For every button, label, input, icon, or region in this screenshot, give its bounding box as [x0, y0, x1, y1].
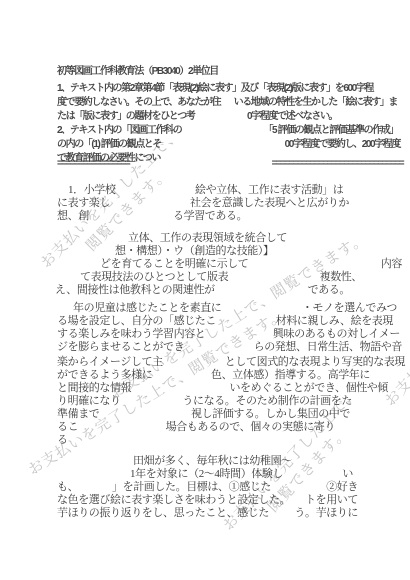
divider-line: =============================== — [272, 158, 403, 169]
body-text-fragment: 芋ほりの振り返りをし、思ったこと、感じた — [57, 504, 269, 520]
header-text-fragment: 0字程度で述べなさい。 — [247, 107, 337, 122]
body-text-fragment: る — [57, 431, 68, 447]
header-text-fragment: 初等図画工作科教育法（PB3040）2単位目 — [57, 62, 218, 77]
header-text-fragment: 「5 評価の観点と評価基準の作成」 — [263, 121, 398, 136]
body-text-fragment: え、間接性は他教科との関連性が — [55, 281, 215, 297]
header-text-fragment: いる地域の特性を生かした「絵に表す」ま — [234, 93, 397, 108]
body-text-fragment: 想、創 — [57, 207, 89, 223]
header-text-fragment: 度で要約しなさい。その上で、あなたが住 — [57, 93, 220, 108]
body-text-fragment: ジを膨らませることができ — [57, 338, 184, 354]
header-text-fragment: 00字程度で要約し、200字程度 — [285, 135, 400, 150]
header-text-fragment: の内の「(1) 評価の観点とそ — [57, 135, 161, 150]
body-text-fragment: う。芋ほりに — [294, 504, 358, 520]
body-text-fragment: 内容 — [381, 255, 402, 271]
body-text-fragment: る学習である。 — [173, 207, 247, 223]
body-text-fragment: 場合もあるので、個々の実態に寄り — [166, 418, 335, 434]
header-text-fragment: たは「版に表す」の題材をひとつ考 — [57, 107, 194, 122]
divider-line: ================= — [57, 158, 129, 169]
body-text-fragment: である。 — [308, 281, 350, 297]
document-page: お支払いを完了した上で、閲覧できます。お支払いを完了した上で、閲覧できます。お支… — [0, 0, 410, 580]
text-layer: 初等図画工作科教育法（PB3040）2単位目1、テキスト内の第2章第4節「表現(… — [0, 0, 410, 580]
header-text-fragment: 1、テキスト内の第2章第4節「表現(2)絵に表す」及び「表現(2)版に表す」を6… — [57, 79, 373, 94]
body-text-fragment: らの発想、日常生活、物語や音 — [254, 338, 402, 354]
header-text-fragment: 2、テキスト内の「図画工作科の — [57, 121, 181, 136]
